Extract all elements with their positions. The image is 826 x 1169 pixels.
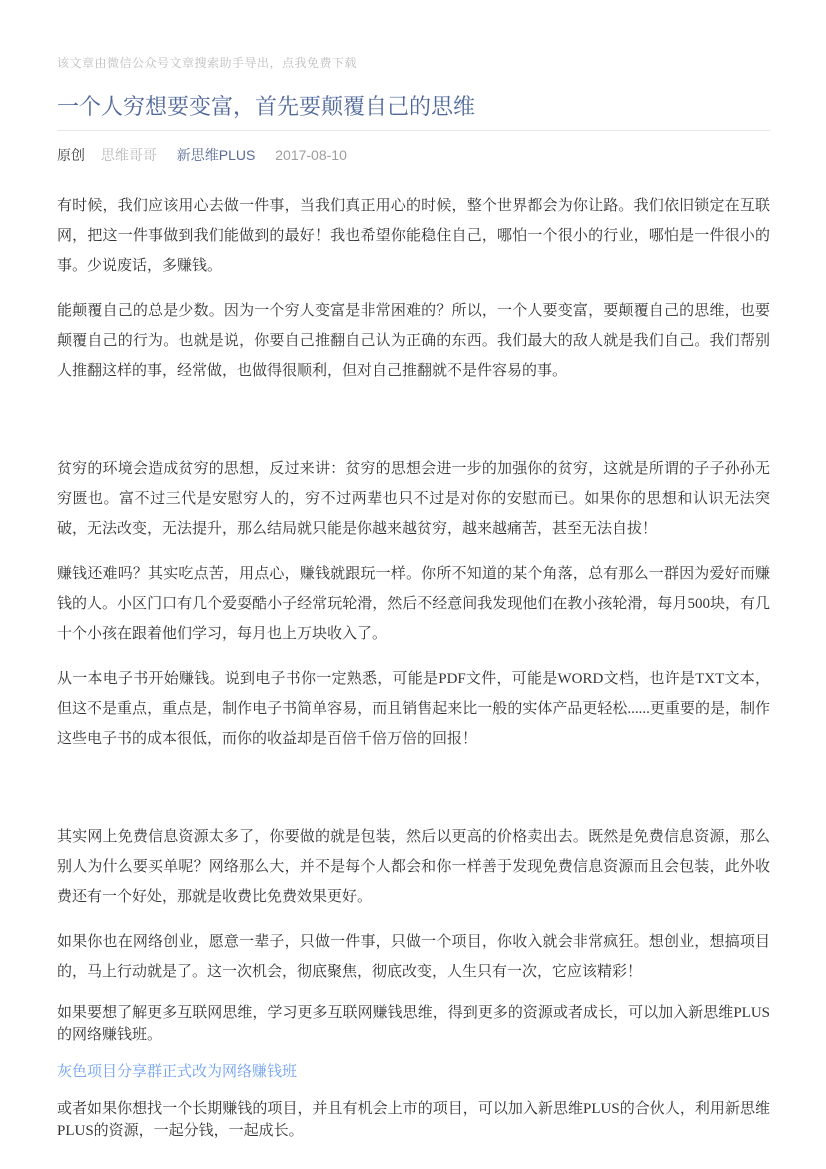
publish-date: 2017-08-10 xyxy=(275,147,347,163)
title-divider xyxy=(57,130,770,131)
export-banner-text: 该文章由微信公众号文章搜索助手导出， xyxy=(57,56,282,70)
export-banner: 该文章由微信公众号文章搜索助手导出，点我免费下载 xyxy=(57,56,770,70)
paragraph: 从一本电子书开始赚钱。说到电子书你一定熟悉，可能是PDF文件，可能是WORD文档… xyxy=(57,664,770,754)
paragraph: 赚钱还难吗？其实吃点苦，用点心，赚钱就跟玩一样。你所不知道的某个角落，总有那么一… xyxy=(57,559,770,649)
paragraph: 有时候，我们应该用心去做一件事，当我们真正用心的时候，整个世界都会为你让路。我们… xyxy=(57,191,770,281)
author-name: 思维哥哥 xyxy=(101,147,157,163)
paragraph: 其实网上免费信息资源太多了，你要做的就是包装，然后以更高的价格卖出去。既然是免费… xyxy=(57,822,770,912)
free-download-link[interactable]: 点我免费下载 xyxy=(282,56,357,70)
paragraph: 贫穷的环境会造成贫穷的思想，反过来讲：贫穷的思想会进一步的加强你的贫穷，这就是所… xyxy=(57,454,770,544)
inline-article-link[interactable]: 灰色项目分享群正式改为网络赚钱班 xyxy=(57,1061,770,1083)
paragraph: 能颠覆自己的总是少数。因为一个穷人变富是非常困难的？所以，一个人要变富，要颠覆自… xyxy=(57,296,770,386)
paragraph: 如果你也在网络创业，愿意一辈子，只做一件事，只做一个项目，你收入就会非常疯狂。想… xyxy=(57,927,770,987)
paragraph: 或者如果你想找一个长期赚钱的项目，并且有机会上市的项目，可以加入新思维PLUS的… xyxy=(57,1098,770,1142)
article-content: 该文章由微信公众号文章搜索助手导出，点我免费下载 一个人穷想要变富，首先要颠覆自… xyxy=(0,0,826,1142)
paragraph-gap xyxy=(57,769,770,807)
account-name-link[interactable]: 新思维PLUS xyxy=(177,147,256,163)
article-meta: 原创 思维哥哥 新思维PLUS 2017-08-10 xyxy=(57,145,770,165)
original-badge: 原创 xyxy=(57,147,85,163)
paragraph-gap xyxy=(57,401,770,439)
article-page: 该文章由微信公众号文章搜索助手导出，点我免费下载 一个人穷想要变富，首先要颠覆自… xyxy=(0,0,826,1169)
paragraph: 如果要想了解更多互联网思维，学习更多互联网赚钱思维，得到更多的资源或者成长，可以… xyxy=(57,1002,770,1046)
article-body: 有时候，我们应该用心去做一件事，当我们真正用心的时候，整个世界都会为你让路。我们… xyxy=(57,191,770,1142)
page-title: 一个人穷想要变富，首先要颠覆自己的思维 xyxy=(57,92,770,122)
